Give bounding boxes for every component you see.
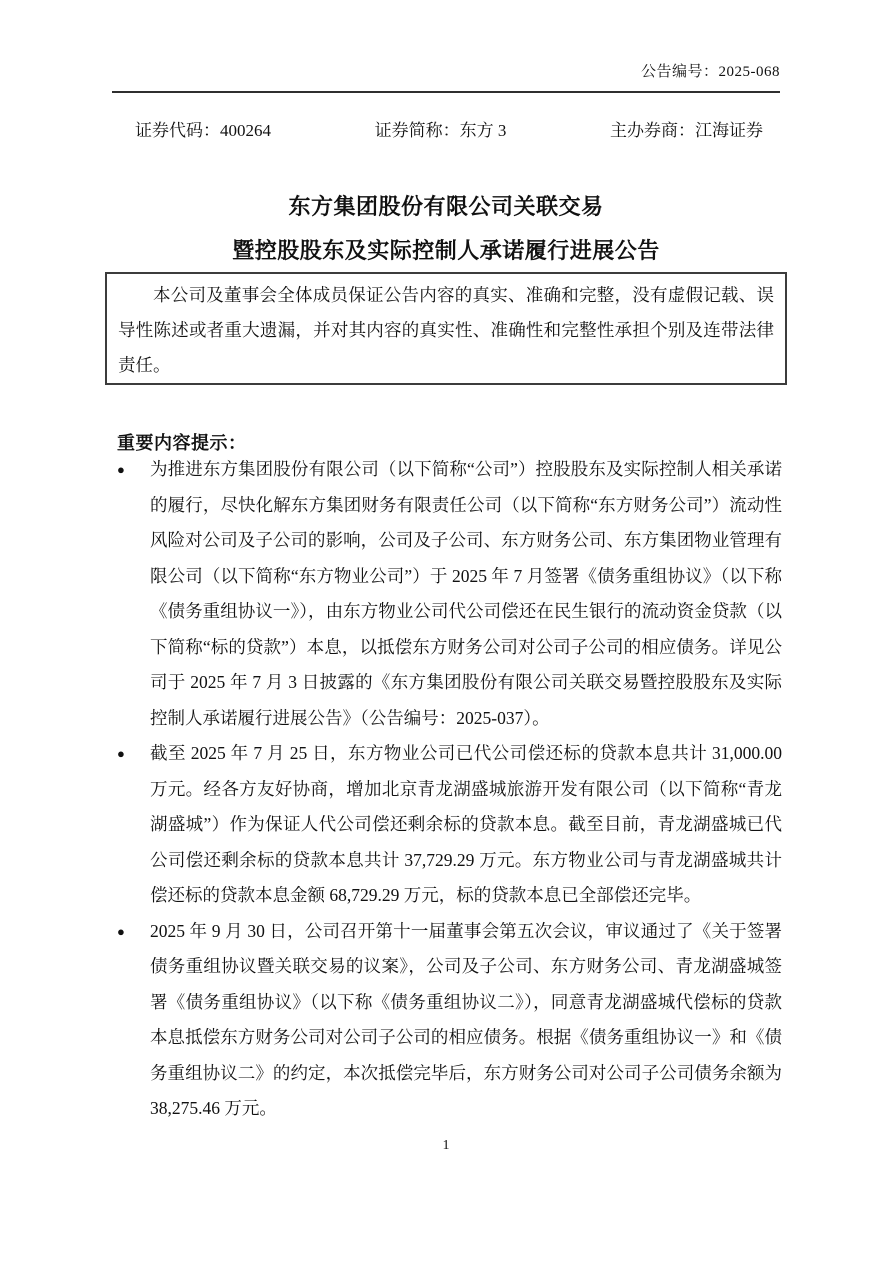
list-item: ● 截至 2025 年 7 月 25 日，东方物业公司已代公司偿还标的贷款本息共… xyxy=(117,736,782,914)
page-title-line1: 东方集团股份有限公司关联交易 xyxy=(0,190,892,221)
securities-abbr: 证券简称：东方 3 xyxy=(375,116,507,141)
list-item: ● 为推进东方集团股份有限公司（以下简称“公司”）控股股东及实际控制人相关承诺的… xyxy=(117,452,782,736)
bullet-paragraph-3: 2025 年 9 月 30 日，公司召开第十一届董事会第五次会议，审议通过了《关… xyxy=(150,914,782,1127)
page-number: 1 xyxy=(0,1138,892,1154)
page-title-line2: 暨控股股东及实际控制人承诺履行进展公告 xyxy=(0,234,892,265)
bullet-paragraph-2: 截至 2025 年 7 月 25 日，东方物业公司已代公司偿还标的贷款本息共计 … xyxy=(150,736,782,914)
bullet-icon: ● xyxy=(117,736,150,772)
securities-code: 证券代码：400264 xyxy=(135,116,271,141)
declaration-text: 本公司及董事会全体成员保证公告内容的真实、准确和完整，没有虚假记载、误导性陈述或… xyxy=(118,278,774,383)
important-notice-list: ● 为推进东方集团股份有限公司（以下简称“公司”）控股股东及实际控制人相关承诺的… xyxy=(117,452,782,1127)
bullet-icon: ● xyxy=(117,452,150,488)
sponsor-broker: 主办券商：江海证券 xyxy=(610,116,763,141)
declaration-box: 本公司及董事会全体成员保证公告内容的真实、准确和完整，没有虚假记载、误导性陈述或… xyxy=(105,272,787,385)
bullet-paragraph-1: 为推进东方集团股份有限公司（以下简称“公司”）控股股东及实际控制人相关承诺的履行… xyxy=(150,452,782,736)
bullet-icon: ● xyxy=(117,914,150,950)
announcement-number: 公告编号：2025-068 xyxy=(641,60,780,81)
header-divider xyxy=(112,91,780,93)
list-item: ● 2025 年 9 月 30 日，公司召开第十一届董事会第五次会议，审议通过了… xyxy=(117,914,782,1127)
securities-header: 证券代码：400264 证券简称：东方 3 主办券商：江海证券 xyxy=(135,116,763,141)
document-page: 公告编号：2025-068 证券代码：400264 证券简称：东方 3 主办券商… xyxy=(0,0,892,1262)
